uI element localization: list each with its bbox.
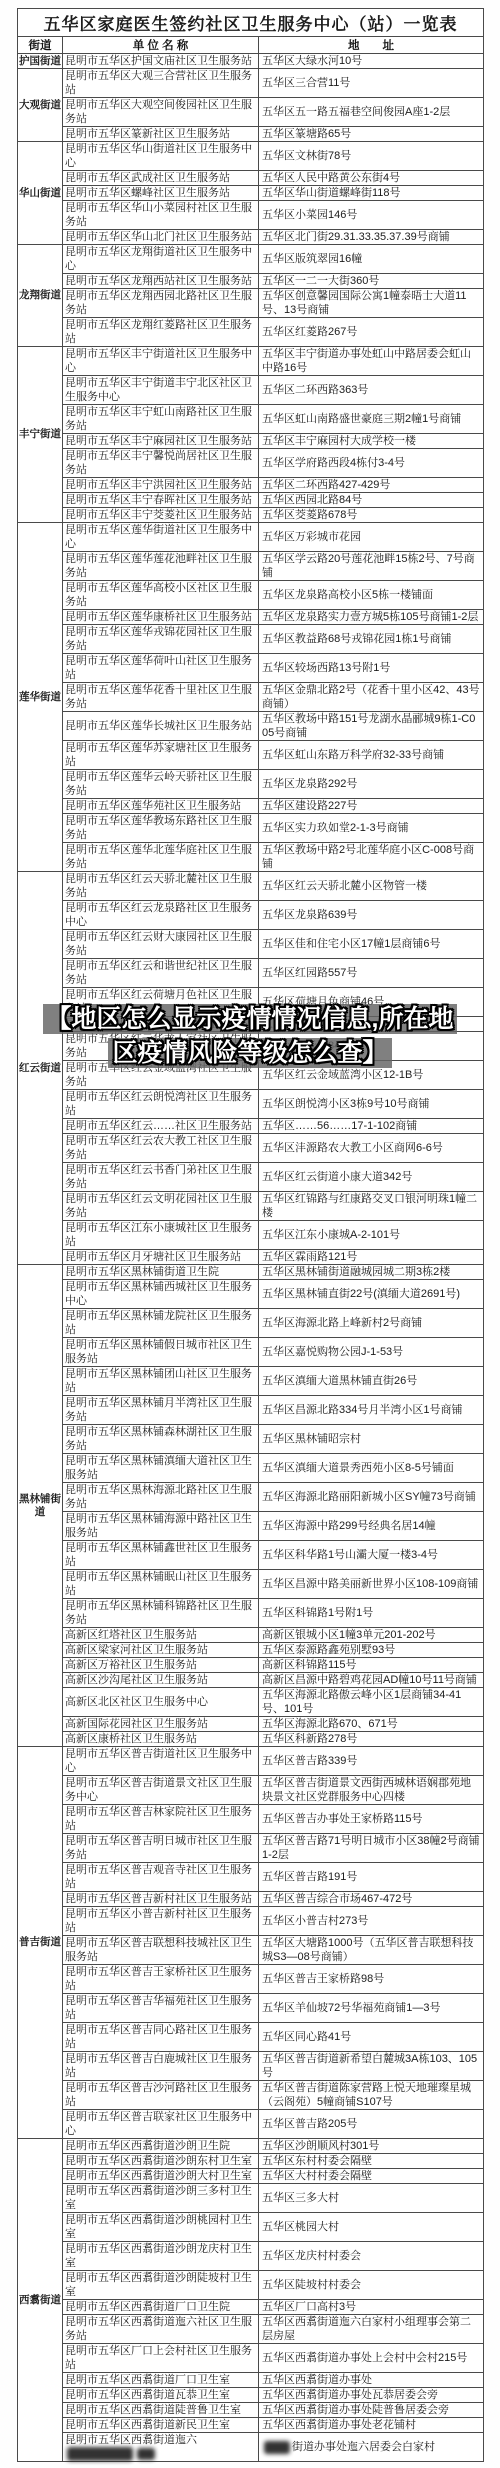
address-cell: 五华区西翥街道办事处 [259, 2373, 484, 2388]
street-label: 龙翔街道 [18, 245, 63, 347]
table-row: 昆明市五华区普吉沙河路社区卫生服务站五华区普吉街道陈家营路上悦天地璀璨星城（云阁… [18, 2081, 484, 2110]
unit-name-cell: 高新国际花园社区卫生服务站 [63, 1717, 259, 1732]
table-row: 昆明市五华区黑林铺西城社区卫生服务中心五华区黑林铺直街22号(滇缅大道2691号… [18, 1280, 484, 1309]
unit-name-cell: 昆明市五华区西翥街道厂口卫生院 [63, 2300, 259, 2315]
street-label: 护国街道 [18, 54, 63, 69]
street-label: 大观街道 [18, 69, 63, 142]
address-cell: 五华区昌源北路334号月半湾小区1号商铺 [259, 1396, 484, 1425]
address-cell: 五华区二环西路363号 [259, 376, 484, 405]
unit-name-cell: 昆明市五华区莲华街道社区卫生服务中心 [63, 523, 259, 552]
table-row: 昆明市五华区黑林铺眠山社区卫生服务站五华区昌源中路美丽新世界小区108-109商… [18, 1570, 484, 1599]
address-cell: 五华区海源中路299号经典名居14幢 [259, 1512, 484, 1541]
table-row: 昆明市五华区红云荷塘月色社区卫生服务站五华区荷塘月色商铺46号 [18, 988, 484, 1017]
unit-name-cell: 昆明市五华区红云天骄北麓社区卫生服务站 [63, 872, 259, 901]
table-row: 高新区沙沟尾社区卫生服务站高新区昌源中路碧鸡花园AD幢10号11号商铺 [18, 1673, 484, 1688]
unit-name-cell: 昆明市五华区红云农大教工社区卫生服务站 [63, 1134, 259, 1163]
unit-name-cell: 昆明市五华区普吉新村社区卫生服务站 [63, 1892, 259, 1907]
table-row: 昆明市五华区普吉明日城市社区卫生服务站五华区普吉路71号明日城市小区38幢2号商… [18, 1834, 484, 1863]
unit-name-cell: 昆明市五华区莲华云岭天骄社区卫生服务站 [63, 770, 259, 799]
address-cell: 五华区华山街道螺峰街118号 [259, 186, 484, 201]
address-cell: 五华区大绿水河10号 [259, 54, 484, 69]
table-row: 昆明市五华区丰宁馨悦尚居社区卫生服务站五华区学府路西段4栋付3-4号 [18, 449, 484, 478]
table-row: 昆明市五华区西翥街道瓦恭卫生室五华区西翥街道办事处瓦恭居委会旁 [18, 2388, 484, 2403]
table-row: 昆明市五华区丰宁春晖社区卫生服务站五华区西园北路84号 [18, 493, 484, 508]
unit-name-cell: 昆明市五华区西翥街道瓦恭卫生室 [63, 2388, 259, 2403]
unit-name-cell: 高新区红塔社区卫生服务站 [63, 1628, 259, 1643]
street-group: 龙翔街道昆明市五华区龙翔街道社区卫生服务中心五华区版筑翠园16幢昆明市五华区龙翔… [18, 245, 484, 347]
table-row: 昆明市五华区红云农大教工社区卫生服务站五华区沣源路农大教工小区商网6-6号 [18, 1134, 484, 1163]
address-cell: 五华区小普吉村273号 [259, 1907, 484, 1936]
unit-name-cell: 昆明市五华区武成社区卫生服务站 [63, 171, 259, 186]
table-row: 昆明市五华区红云财大康园社区卫生服务站五华区佳和住宅小区17幢1层商铺6号 [18, 930, 484, 959]
unit-name-cell: 昆明市五华区红云和谐世纪社区卫生服务站 [63, 959, 259, 988]
address-cell: 五华区龙泉路639号 [259, 901, 484, 930]
address-cell: 五华区红锦路与红康路交叉口银河明珠1幢二楼 [259, 1192, 484, 1221]
unit-name-cell: 昆明市五华区大观空间俊园社区卫生服务站 [63, 98, 259, 127]
unit-name-cell: 昆明市五华区莲华荷叶山社区卫生服务站 [63, 654, 259, 683]
unit-name-cell: 昆明市五华区龙翔西园北路社区卫生服务站 [63, 289, 259, 318]
column-header-unit-name: 单 位 名 称 [63, 37, 259, 54]
table-row: 昆明市五华区华山小菜园村社区卫生服务站五华区小菜园146号 [18, 201, 484, 230]
table-row: 昆明市五华区西翥街道沙朗东村卫生室五华区东村村委会隔壁 [18, 2154, 484, 2169]
address-cell: 高新区银城小区1幢3单元201-202号 [259, 1628, 484, 1643]
table-row: 昆明市五华区黑林铺科锦路社区卫生服务站五华区科锦路1号附1号 [18, 1599, 484, 1628]
table-row: 昆明市五华区西翥街道沙朗大村卫生室五华区大村村委会隔壁 [18, 2169, 484, 2184]
address-cell: 高新区昌源中路碧鸡花园AD幢10号11号商铺 [259, 1673, 484, 1688]
unit-name-cell: 昆明市五华区红云华龙人家社区卫生服务站 [63, 1032, 259, 1061]
table-row: 昆明市五华区莲华长城社区卫生服务站五华区教场中路151号龙湖水晶郦城9栋1-C0… [18, 712, 484, 741]
table-row: 昆明市五华区红云龙泉路社区卫生服务中心五华区龙泉路639号 [18, 901, 484, 930]
street-group: 西翥街道昆明市五华区西翥街道沙朗卫生院五华区沙朗顺风村301号昆明市五华区西翥街… [18, 2139, 484, 2462]
unit-name-cell: 昆明市五华区西翥街道陡普鲁卫生室 [63, 2403, 259, 2418]
street-group: 护国街道昆明市五华区护国文庙社区卫生服务站五华区大绿水河10号 [18, 54, 484, 69]
table-row: 昆明市五华区螺峰社区卫生服务站五华区华山街道螺峰街118号 [18, 186, 484, 201]
address-cell: 五华区沙朗顺风村301号 [259, 2139, 484, 2154]
unit-name-cell: 昆明市五华区普吉同心路社区卫生服务站 [63, 2023, 259, 2052]
table-row: 昆明市五华区黑林铺滇缅大道社区卫生服务站五华区滇缅大道景秀西苑小区8-5号铺面 [18, 1454, 484, 1483]
unit-name-cell: 昆明市五华区龙翔街道社区卫生服务中心 [63, 245, 259, 274]
address-cell: 五华区海源北路傲云峰小区1层商铺34-41号、101号 [259, 1688, 484, 1717]
address-cell: 五华区普吉街道新希望白麓城3A栋103、105号 [259, 2052, 484, 2081]
table-row: 昆明市五华区黑林海源北路社区卫生服务站五华区海源北路丽阳新城小区SY幢73号商铺 [18, 1483, 484, 1512]
address-cell: 五华区人民中路黄公东街4号 [259, 171, 484, 186]
table-row: 昆明市五华区莲华北莲华庭社区卫生服务站五华区教场中路2号北莲华庭小区C-008号… [18, 843, 484, 872]
unit-name-cell: 昆明市五华区莲华莲花池畔社区卫生服务站 [63, 552, 259, 581]
unit-name-cell: 昆明市五华区护国文庙社区卫生服务站 [63, 54, 259, 69]
table-row: 昆明市五华区黑林铺月半湾社区卫生服务站五华区昌源北路334号月半湾小区1号商铺 [18, 1396, 484, 1425]
address-cell: 五华区同心路41号 [259, 2023, 484, 2052]
address-cell: 五华区普吉街道陈家营路上悦天地璀璨星城（云阁苑）5幢商铺S107号 [259, 2081, 484, 2110]
address-cell: 五华区小康大道630号 [259, 1017, 484, 1032]
address-cell: 五华区教场中路2号北莲华庭小区C-008号商铺 [259, 843, 484, 872]
column-header-address: 地 址 [259, 37, 484, 54]
table-row: 昆明市五华区丰宁洪园社区卫生服务站五华区二环西路427-429号 [18, 478, 484, 493]
unit-name-cell: 昆明市五华区红云书香门弟社区卫生服务站 [63, 1163, 259, 1192]
table-row: 昆明市五华区西翥街道迤六街道办事处迤六居委会白家村 [18, 2433, 484, 2462]
unit-name-cell: 昆明市五华区莲华戎锦花园社区卫生服务站 [63, 625, 259, 654]
unit-name-cell: 昆明市五华区普吉沙河路社区卫生服务站 [63, 2081, 259, 2110]
table-row: 昆明市五华区红云朗悦湾社区卫生服务站五华区朗悦湾小区3栋9号10号商铺 [18, 1090, 484, 1119]
column-header-street: 街道 [18, 37, 63, 54]
table-row: 昆明市五华区小普吉新村社区卫生服务站五华区小普吉村273号 [18, 1907, 484, 1936]
address-cell: 五华区篆塘路65号 [259, 127, 484, 142]
page-title: 五华区家庭医生签约社区卫生服务中心（站）一览表 [18, 9, 484, 37]
address-cell: 五华区海源北路上峰新村2号商铺 [259, 1309, 484, 1338]
address-cell: 五华区昌源中路美丽新世界小区108-109商铺 [259, 1570, 484, 1599]
unit-name-cell: 昆明市五华区丰宁春晖社区卫生服务站 [63, 493, 259, 508]
address-cell: 高新区科锦路115号 [259, 1658, 484, 1673]
unit-name-cell: 高新区康桥社区卫生服务站 [63, 1732, 259, 1747]
street-group: 红云街道昆明市五华区红云天骄北麓社区卫生服务站五华区红云天骄北麓小区物管一楼昆明… [18, 872, 484, 1265]
table-row: 护国街道昆明市五华区护国文庙社区卫生服务站五华区大绿水河10号 [18, 54, 484, 69]
address-cell: 五华区东村村委会隔壁 [259, 2154, 484, 2169]
address-cell: 五华区金鼎北路2号（花香十里小区42、43号商铺） [259, 683, 484, 712]
address-cell: 五华区黑林铺街道融城园城二期3栋2楼 [259, 1265, 484, 1280]
address-cell: 五华区教益路68号戎锦花园1栋1号商铺 [259, 625, 484, 654]
address-cell: 五华区普吉路191号 [259, 1863, 484, 1892]
clinic-list-table: 五华区家庭医生签约社区卫生服务中心（站）一览表 街道 单 位 名 称 地 址 护… [17, 8, 484, 2462]
unit-name-cell: 昆明市五华区篆新社区卫生服务站 [63, 127, 259, 142]
table-row: 昆明市五华区普吉街道景文社区卫生服务中心五华区普吉街道景文西街西城林语娴郡苑地块… [18, 1776, 484, 1805]
address-cell: 五华区教场中路151号龙湖水晶郦城9栋1-C005号商铺 [259, 712, 484, 741]
street-label: 莲华街道 [18, 523, 63, 872]
address-cell: 五华区普吉办事处王家桥路115号 [259, 1805, 484, 1834]
table-row: 红云街道昆明市五华区红云天骄北麓社区卫生服务站五华区红云天骄北麓小区物管一楼 [18, 872, 484, 901]
table-row: 龙翔街道昆明市五华区龙翔街道社区卫生服务中心五华区版筑翠园16幢 [18, 245, 484, 274]
unit-name-cell: 昆明市五华区普吉林家院社区卫生服务站 [63, 1805, 259, 1834]
address-cell: 五华区嘉悦购物公园J-1-53号 [259, 1338, 484, 1367]
address-cell: 五华区普吉路205号 [259, 2110, 484, 2139]
address-cell: 五华区大塘路1000号（五华区普吉联想科技城S3—08号商铺） [259, 1936, 484, 1965]
table-row: 昆明市五华区普吉联家社区卫生服务中心五华区普吉路205号 [18, 2110, 484, 2139]
unit-name-cell: 昆明市五华区普吉联想科技城社区卫生服务站 [63, 1936, 259, 1965]
table-row: 昆明市五华区龙翔红菱路社区卫生服务站五华区红菱路267号 [18, 318, 484, 347]
table-row: 昆明市五华区丰宁街道丰宁北区社区卫生服务中心五华区二环西路363号 [18, 376, 484, 405]
table-row: 普吉街道昆明市五华区普吉街道社区卫生服务中心五华区普吉路339号 [18, 1747, 484, 1776]
address-cell: 五华区普吉路71号明日城市小区38幢2号商铺1-2层 [259, 1834, 484, 1863]
table-row: 昆明市五华区莲华苏家塘社区卫生服务站五华区虹山东路万科学府32-33号商铺 [18, 741, 484, 770]
table-row: 昆明市五华区红云文明花园社区卫生服务站五华区红锦路与红康路交叉口银河明珠1幢二楼 [18, 1192, 484, 1221]
address-cell: 五华区三合营11号 [259, 69, 484, 98]
address-cell: 五华区滇缅大道黑林铺直街26号 [259, 1367, 484, 1396]
address-cell: 五华区实力玖如堂2-1-3号商铺 [259, 814, 484, 843]
address-cell: 五华区厂口高村3号 [259, 2300, 484, 2315]
address-cell: 五华区丰宁街道办事处虹山中路居委会虹山中路16号 [259, 347, 484, 376]
address-cell: 五华区科新路278号 [259, 1732, 484, 1747]
table-row: 昆明市五华区黑林铺森林湖社区卫生服务站五华区黑林铺昭宗村 [18, 1425, 484, 1454]
table-row: 昆明市五华区普吉白鹿城社区卫生服务站五华区普吉街道新希望白麓城3A栋103、10… [18, 2052, 484, 2081]
address-cell: 五华区文林街78号 [259, 142, 484, 171]
address-cell: 五华区龙庆村村委会 [259, 2242, 484, 2271]
table-row: 高新区红塔社区卫生服务站高新区银城小区1幢3单元201-202号 [18, 1628, 484, 1643]
unit-name-cell: 昆明市五华区厂口上会村社区卫生服务站 [63, 2344, 259, 2373]
table-row: 昆明市五华区西翥街道迤六社区卫生服务站五华区西翥街道迤六白家村小组理事会第二层房… [18, 2315, 484, 2344]
table-row: 昆明市五华区西翥街道厂口卫生室五华区西翥街道办事处 [18, 2373, 484, 2388]
unit-name-cell: 昆明市五华区红云龙泉路社区卫生服务中心 [63, 901, 259, 930]
unit-name-cell: 昆明市五华区红云荷塘月色社区卫生服务站 [63, 988, 259, 1017]
street-label: 黑林铺街道 [18, 1265, 63, 1747]
table-row: 昆明市五华区红云和谐世纪社区卫生服务站五华区红园路557号 [18, 959, 484, 988]
address-cell: 五华区泰源路鑫苑别墅93号 [259, 1643, 484, 1658]
column-header-row: 街道 单 位 名 称 地 址 [18, 37, 484, 54]
table-row: 昆明市五华区西翥街道沙朗龙庆村卫生室五华区龙庆村村委会 [18, 2242, 484, 2271]
address-cell: 五华区羊仙坡72号华福苑商铺1—3号 [259, 1994, 484, 2023]
address-cell: 五华区较场西路13号附1号 [259, 654, 484, 683]
address-cell: 五华区万彩城市花园 [259, 523, 484, 552]
unit-name-cell: 高新区北区社区卫生服务中心 [63, 1688, 259, 1717]
address-cell: 街道办事处迤六居委会白家村 [259, 2433, 484, 2462]
address-cell: 五华区普吉王家桥路98号 [259, 1965, 484, 1994]
unit-name-cell: 昆明市五华区普吉观音寺社区卫生服务站 [63, 1863, 259, 1892]
address-cell: 五华区黑林铺直街22号(滇缅大道2691号) [259, 1280, 484, 1309]
unit-name-cell: 高新区沙沟尾社区卫生服务站 [63, 1673, 259, 1688]
address-cell: 五华区普吉综合市场467-472号 [259, 1892, 484, 1907]
address-cell: 五华区西翥街道办事处陡普鲁居委会旁 [259, 2403, 484, 2418]
unit-name-cell: 昆明市五华区西翥街道沙朗陡坡村卫生室 [63, 2271, 259, 2300]
unit-name-cell: 昆明市五华区普吉街道社区卫生服务中心 [63, 1747, 259, 1776]
unit-name-cell: 昆明市五华区黑林铺鑫世社区卫生服务站 [63, 1541, 259, 1570]
address-cell: 五华区黑林铺昭宗村 [259, 1425, 484, 1454]
address-cell: 五华区龙泉路高校小区5栋一楼铺面 [259, 581, 484, 610]
address-cell: 五华区一二一大街360号 [259, 274, 484, 289]
street-label: 红云街道 [18, 872, 63, 1265]
address-cell: 五华区佳和住宅小区17幢1层商铺6号 [259, 930, 484, 959]
table-row: 高新区梁家河社区卫生服务站五华区泰源路鑫苑别墅93号 [18, 1643, 484, 1658]
unit-name-cell: 昆明市五华区江东小康城社区卫生服务站 [63, 1221, 259, 1250]
unit-name-cell: 昆明市五华区西翥街道沙朗桃园村卫生室 [63, 2213, 259, 2242]
table-row: 昆明市五华区莲华康桥社区卫生服务站五华区龙泉路实力壹方城5栋105号商铺1-2层 [18, 610, 484, 625]
table-row: 昆明市五华区黑林铺鑫世社区卫生服务站五华区科华路1号山灞大厦一楼3-4号 [18, 1541, 484, 1570]
watermark-smudge [264, 2441, 290, 2454]
address-cell: 五华区龙泉路实力壹方城5栋105号商铺1-2层 [259, 610, 484, 625]
table-row: 昆明市五华区普吉联想科技城社区卫生服务站五华区大塘路1000号（五华区普吉联想科… [18, 1936, 484, 1965]
unit-name-cell: 高新区万裕社区卫生服务站 [63, 1658, 259, 1673]
table-row: 昆明市五华区红云……社区卫生服务站五华区……56……17-1-102商铺 [18, 1119, 484, 1134]
table-row: 昆明市五华区黑林铺龙院社区卫生服务站五华区海源北路上峰新村2号商铺 [18, 1309, 484, 1338]
unit-name-cell: 昆明市五华区龙翔红菱路社区卫生服务站 [63, 318, 259, 347]
address-cell: 五华区建设路227号 [259, 799, 484, 814]
unit-name-cell: 昆明市五华区黑林铺假日城市社区卫生服务站 [63, 1338, 259, 1367]
table-row: 高新国际花园社区卫生服务站五华区海源北路670、671号 [18, 1717, 484, 1732]
unit-name-cell: 昆明市五华区普吉华福苑社区卫生服务站 [63, 1994, 259, 2023]
address-cell: 五华区红云路84号 [259, 1032, 484, 1061]
address-cell: 五华区虹山南路盛世豪庭三期2幢1号商铺 [259, 405, 484, 434]
unit-name-cell: 昆明市五华区莲华高校小区社区卫生服务站 [63, 581, 259, 610]
street-group: 黑林铺街道昆明市五华区黑林铺街道卫生院五华区黑林铺街道融城园城二期3栋2楼昆明市… [18, 1265, 484, 1747]
unit-name-cell: 昆明市五华区丰宁街道社区卫生服务中心 [63, 347, 259, 376]
street-group: 莲华街道昆明市五华区莲华街道社区卫生服务中心五华区万彩城市花园昆明市五华区莲华莲… [18, 523, 484, 872]
unit-name-cell: 昆明市五华区莲华苏家塘社区卫生服务站 [63, 741, 259, 770]
table-row: 昆明市五华区红云蔚蓝社区卫生服务站五华区小康大道630号 [18, 1017, 484, 1032]
table-row: 昆明市五华区江东小康城社区卫生服务站五华区江东小康城A-2-101号 [18, 1221, 484, 1250]
unit-name-cell: 昆明市五华区普吉明日城市社区卫生服务站 [63, 1834, 259, 1863]
table-row: 昆明市五华区红云华龙人家社区卫生服务站五华区红云路84号 [18, 1032, 484, 1061]
unit-name-cell: 昆明市五华区普吉王家桥社区卫生服务站 [63, 1965, 259, 1994]
table-row: 昆明市五华区华山北门社区卫生服务站五华区北门街29.31.33.35.37.39… [18, 230, 484, 245]
table-row: 西翥街道昆明市五华区西翥街道沙朗卫生院五华区沙朗顺风村301号 [18, 2139, 484, 2154]
address-cell: 五华区红云街道小康大道342号 [259, 1163, 484, 1192]
table-row: 高新区万裕社区卫生服务站高新区科锦路115号 [18, 1658, 484, 1673]
document-page: 五华区家庭医生签约社区卫生服务中心（站）一览表 街道 单 位 名 称 地 址 护… [0, 0, 500, 2468]
address-cell: 五华区二环西路427-429号 [259, 478, 484, 493]
address-cell: 五华区荷塘月色商铺46号 [259, 988, 484, 1017]
unit-name-cell: 昆明市五华区月牙塘社区卫生服务站 [63, 1250, 259, 1265]
table-row: 昆明市五华区西翥街道新民卫生室五华区西翥街道办事处老花铺村 [18, 2418, 484, 2433]
unit-name-cell: 昆明市五华区西翥街道沙朗三多村卫生室 [63, 2184, 259, 2213]
address-cell: 五华区西翥街道迤六白家村小组理事会第二层房屋 [259, 2315, 484, 2344]
address-cell: 五华区海源北路670、671号 [259, 1717, 484, 1732]
table-row: 丰宁街道昆明市五华区丰宁街道社区卫生服务中心五华区丰宁街道办事处虹山中路居委会虹… [18, 347, 484, 376]
table-row: 昆明市五华区莲华戎锦花园社区卫生服务站五华区教益路68号戎锦花园1栋1号商铺 [18, 625, 484, 654]
address-cell: 五华区霖雨路121号 [259, 1250, 484, 1265]
address-cell: 五华区滇缅大道景秀西苑小区8-5号铺面 [259, 1454, 484, 1483]
unit-name-cell: 昆明市五华区华山街道社区卫生服务中心 [63, 142, 259, 171]
address-cell: 五华区虹山东路万科学府32-33号商铺 [259, 741, 484, 770]
table-row: 昆明市五华区莲华荷叶山社区卫生服务站五华区较场西路13号附1号 [18, 654, 484, 683]
unit-name-cell: 昆明市五华区红云金域蓝湾社区卫生服务站 [63, 1061, 259, 1090]
unit-name-cell: 昆明市五华区莲华康桥社区卫生服务站 [63, 610, 259, 625]
table-row: 昆明市五华区大观空间俊园社区卫生服务站五华区五一路五福巷空间俊园A座1-2层 [18, 98, 484, 127]
table-row: 昆明市五华区红云金域蓝湾社区卫生服务站五华区红云金域蓝湾小区12-1B号 [18, 1061, 484, 1090]
street-label: 华山街道 [18, 142, 63, 245]
unit-name-cell: 昆明市五华区黑林铺科锦路社区卫生服务站 [63, 1599, 259, 1628]
unit-name-cell: 昆明市五华区丰宁馨悦尚居社区卫生服务站 [63, 449, 259, 478]
address-cell: 五华区普吉街道景文西街西城林语娴郡苑地块景文社区党群服务中心四楼 [259, 1776, 484, 1805]
address-cell: 五华区大村村委会隔壁 [259, 2169, 484, 2184]
address-cell: 五华区红菱路267号 [259, 318, 484, 347]
unit-name-cell: 昆明市五华区西翥街道迤六社区卫生服务站 [63, 2315, 259, 2344]
table-row: 昆明市五华区普吉同心路社区卫生服务站五华区同心路41号 [18, 2023, 484, 2052]
unit-name-cell: 昆明市五华区红云财大康园社区卫生服务站 [63, 930, 259, 959]
table-row: 莲华街道昆明市五华区莲华街道社区卫生服务中心五华区万彩城市花园 [18, 523, 484, 552]
table-row: 昆明市五华区厂口上会村社区卫生服务站五华区西翥街道办事处上会村中会村215号 [18, 2344, 484, 2373]
address-cell: 五华区红云金域蓝湾小区12-1B号 [259, 1061, 484, 1090]
table-row: 昆明市五华区普吉王家桥社区卫生服务站五华区普吉王家桥路98号 [18, 1965, 484, 1994]
table-row: 昆明市五华区莲华云岭天骄社区卫生服务站五华区龙泉路292号 [18, 770, 484, 799]
address-cell: 五华区五一路五福巷空间俊园A座1-2层 [259, 98, 484, 127]
table-row: 昆明市五华区普吉观音寺社区卫生服务站五华区普吉路191号 [18, 1863, 484, 1892]
address-cell: 五华区版筑翠园16幢 [259, 245, 484, 274]
address-cell: 五华区红园路557号 [259, 959, 484, 988]
table-row: 昆明市五华区丰宁虹山南路社区卫生服务站五华区虹山南路盛世豪庭三期2幢1号商铺 [18, 405, 484, 434]
unit-name-cell: 昆明市五华区西翥街道沙朗龙庆村卫生室 [63, 2242, 259, 2271]
unit-name-cell: 昆明市五华区黑林铺森林湖社区卫生服务站 [63, 1425, 259, 1454]
unit-name-cell: 昆明市五华区螺峰社区卫生服务站 [63, 186, 259, 201]
address-cell: 五华区龙泉路292号 [259, 770, 484, 799]
street-label: 丰宁街道 [18, 347, 63, 523]
table-row: 昆明市五华区普吉华福苑社区卫生服务站五华区羊仙坡72号华福苑商铺1—3号 [18, 1994, 484, 2023]
unit-name-cell: 昆明市五华区西翥街道沙朗大村卫生室 [63, 2169, 259, 2184]
unit-name-cell: 昆明市五华区红云朗悦湾社区卫生服务站 [63, 1090, 259, 1119]
table-row: 昆明市五华区莲华高校小区社区卫生服务站五华区龙泉路高校小区5栋一楼铺面 [18, 581, 484, 610]
table-row: 昆明市五华区莲华苑社区卫生服务站五华区建设路227号 [18, 799, 484, 814]
table-row: 昆明市五华区丰宁麻园社区卫生服务站五华区丰宁麻园村大成学校一楼 [18, 434, 484, 449]
table-row: 昆明市五华区黑林铺假日城市社区卫生服务站五华区嘉悦购物公园J-1-53号 [18, 1338, 484, 1367]
address-cell: 五华区西翥街道办事处上会村中会村215号 [259, 2344, 484, 2373]
address-cell: 五华区西园北路84号 [259, 493, 484, 508]
table-row: 昆明市五华区西翥街道沙朗桃园村卫生室五华区桃园大村 [18, 2213, 484, 2242]
unit-name-cell: 昆明市五华区红云蔚蓝社区卫生服务站 [63, 1017, 259, 1032]
unit-name-cell: 昆明市五华区普吉白鹿城社区卫生服务站 [63, 2052, 259, 2081]
address-cell: 五华区西翥街道办事处老花铺村 [259, 2418, 484, 2433]
address-cell: 五华区陡坡村村委会 [259, 2271, 484, 2300]
unit-name-cell: 昆明市五华区西翥街道新民卫生室 [63, 2418, 259, 2433]
table-row: 昆明市五华区月牙塘社区卫生服务站五华区霖雨路121号 [18, 1250, 484, 1265]
table-row: 昆明市五华区丰宁茭菱社区卫生服务站五华区茭菱路678号 [18, 508, 484, 523]
address-cell: 五华区学云路20号莲花池畔15栋2号、7号商铺 [259, 552, 484, 581]
address-cell: 五华区沣源路农大教工小区商网6-6号 [259, 1134, 484, 1163]
address-cell: 五华区红云天骄北麓小区物管一楼 [259, 872, 484, 901]
unit-name-cell: 昆明市五华区西翥街道沙朗东村卫生室 [63, 2154, 259, 2169]
unit-name-cell: 昆明市五华区普吉街道景文社区卫生服务中心 [63, 1776, 259, 1805]
unit-name-cell: 昆明市五华区西翥街道沙朗卫生院 [63, 2139, 259, 2154]
address-cell: 五华区桃园大村 [259, 2213, 484, 2242]
unit-name-cell: 昆明市五华区西翥街道厂口卫生室 [63, 2373, 259, 2388]
address-cell: 五华区朗悦湾小区3栋9号10号商铺 [259, 1090, 484, 1119]
table-row: 昆明市五华区莲华花香十里社区卫生服务站五华区金鼎北路2号（花香十里小区42、43… [18, 683, 484, 712]
unit-name-cell: 昆明市五华区小普吉新村社区卫生服务站 [63, 1907, 259, 1936]
table-row: 昆明市五华区莲华教场东路社区卫生服务站五华区实力玖如堂2-1-3号商铺 [18, 814, 484, 843]
table-row: 高新区北区社区卫生服务中心五华区海源北路傲云峰小区1层商铺34-41号、101号 [18, 1688, 484, 1717]
unit-name-cell: 昆明市五华区华山北门社区卫生服务站 [63, 230, 259, 245]
unit-name-cell: 昆明市五华区西翥街道迤六 [63, 2433, 259, 2462]
street-label: 西翥街道 [18, 2139, 63, 2462]
unit-name-cell: 昆明市五华区普吉联家社区卫生服务中心 [63, 2110, 259, 2139]
unit-name-cell: 昆明市五华区丰宁虹山南路社区卫生服务站 [63, 405, 259, 434]
unit-name-cell: 昆明市五华区黑林铺滇缅大道社区卫生服务站 [63, 1454, 259, 1483]
unit-name-cell: 昆明市五华区莲华长城社区卫生服务站 [63, 712, 259, 741]
unit-name-cell: 昆明市五华区龙翔西站社区卫生服务站 [63, 274, 259, 289]
watermark-smudge [137, 2448, 155, 2460]
unit-name-cell: 昆明市五华区丰宁街道丰宁北区社区卫生服务中心 [63, 376, 259, 405]
street-group: 丰宁街道昆明市五华区丰宁街道社区卫生服务中心五华区丰宁街道办事处虹山中路居委会虹… [18, 347, 484, 523]
address-cell: 五华区……56……17-1-102商铺 [259, 1119, 484, 1134]
table-row: 昆明市五华区武成社区卫生服务站五华区人民中路黄公东街4号 [18, 171, 484, 186]
address-cell: 五华区北门街29.31.33.35.37.39号商铺 [259, 230, 484, 245]
unit-name-cell: 昆明市五华区黑林铺眠山社区卫生服务站 [63, 1570, 259, 1599]
unit-name-cell: 昆明市五华区华山小菜园村社区卫生服务站 [63, 201, 259, 230]
unit-name-cell: 昆明市五华区红云……社区卫生服务站 [63, 1119, 259, 1134]
table-row: 昆明市五华区红云书香门弟社区卫生服务站五华区红云街道小康大道342号 [18, 1163, 484, 1192]
unit-name-cell: 昆明市五华区丰宁茭菱社区卫生服务站 [63, 508, 259, 523]
unit-name-cell: 昆明市五华区黑林铺西城社区卫生服务中心 [63, 1280, 259, 1309]
unit-name-cell: 昆明市五华区黑林铺月半湾社区卫生服务站 [63, 1396, 259, 1425]
table-row: 昆明市五华区西翥街道沙朗三多村卫生室五华区三多大村 [18, 2184, 484, 2213]
table-row: 昆明市五华区龙翔西站社区卫生服务站五华区一二一大街360号 [18, 274, 484, 289]
unit-name-cell: 高新区梁家河社区卫生服务站 [63, 1643, 259, 1658]
title-row: 五华区家庭医生签约社区卫生服务中心（站）一览表 [18, 9, 484, 37]
unit-name-cell: 昆明市五华区黑林铺龙院社区卫生服务站 [63, 1309, 259, 1338]
unit-name-cell: 昆明市五华区大观三合营社区卫生服务站 [63, 69, 259, 98]
table-header-group: 五华区家庭医生签约社区卫生服务中心（站）一览表 街道 单 位 名 称 地 址 [18, 9, 484, 54]
table-row: 昆明市五华区西翥街道厂口卫生院五华区厂口高村3号 [18, 2300, 484, 2315]
unit-name-cell: 昆明市五华区红云文明花园社区卫生服务站 [63, 1192, 259, 1221]
table-row: 高新区康桥社区卫生服务站五华区科新路278号 [18, 1732, 484, 1747]
street-group: 大观街道昆明市五华区大观三合营社区卫生服务站五华区三合营11号昆明市五华区大观空… [18, 69, 484, 142]
address-cell: 五华区学府路西段4栋付3-4号 [259, 449, 484, 478]
table-row: 昆明市五华区普吉新村社区卫生服务站五华区普吉综合市场467-472号 [18, 1892, 484, 1907]
unit-name-cell: 昆明市五华区黑林铺街道卫生院 [63, 1265, 259, 1280]
table-row: 昆明市五华区龙翔西园北路社区卫生服务站五华区创意馨园国际公寓1幢泰晤士大道11号… [18, 289, 484, 318]
address-cell: 五华区科华路1号山灞大厦一楼3-4号 [259, 1541, 484, 1570]
address-cell: 五华区江东小康城A-2-101号 [259, 1221, 484, 1250]
unit-name-cell: 昆明市五华区黑林铺海源中路社区卫生服务站 [63, 1512, 259, 1541]
unit-name-cell: 昆明市五华区莲华北莲华庭社区卫生服务站 [63, 843, 259, 872]
address-cell: 五华区西翥街道办事处瓦恭居委会旁 [259, 2388, 484, 2403]
table-row: 昆明市五华区篆新社区卫生服务站五华区篆塘路65号 [18, 127, 484, 142]
unit-name-cell: 昆明市五华区黑林铺团山社区卫生服务站 [63, 1367, 259, 1396]
unit-name-cell: 昆明市五华区莲华教场东路社区卫生服务站 [63, 814, 259, 843]
